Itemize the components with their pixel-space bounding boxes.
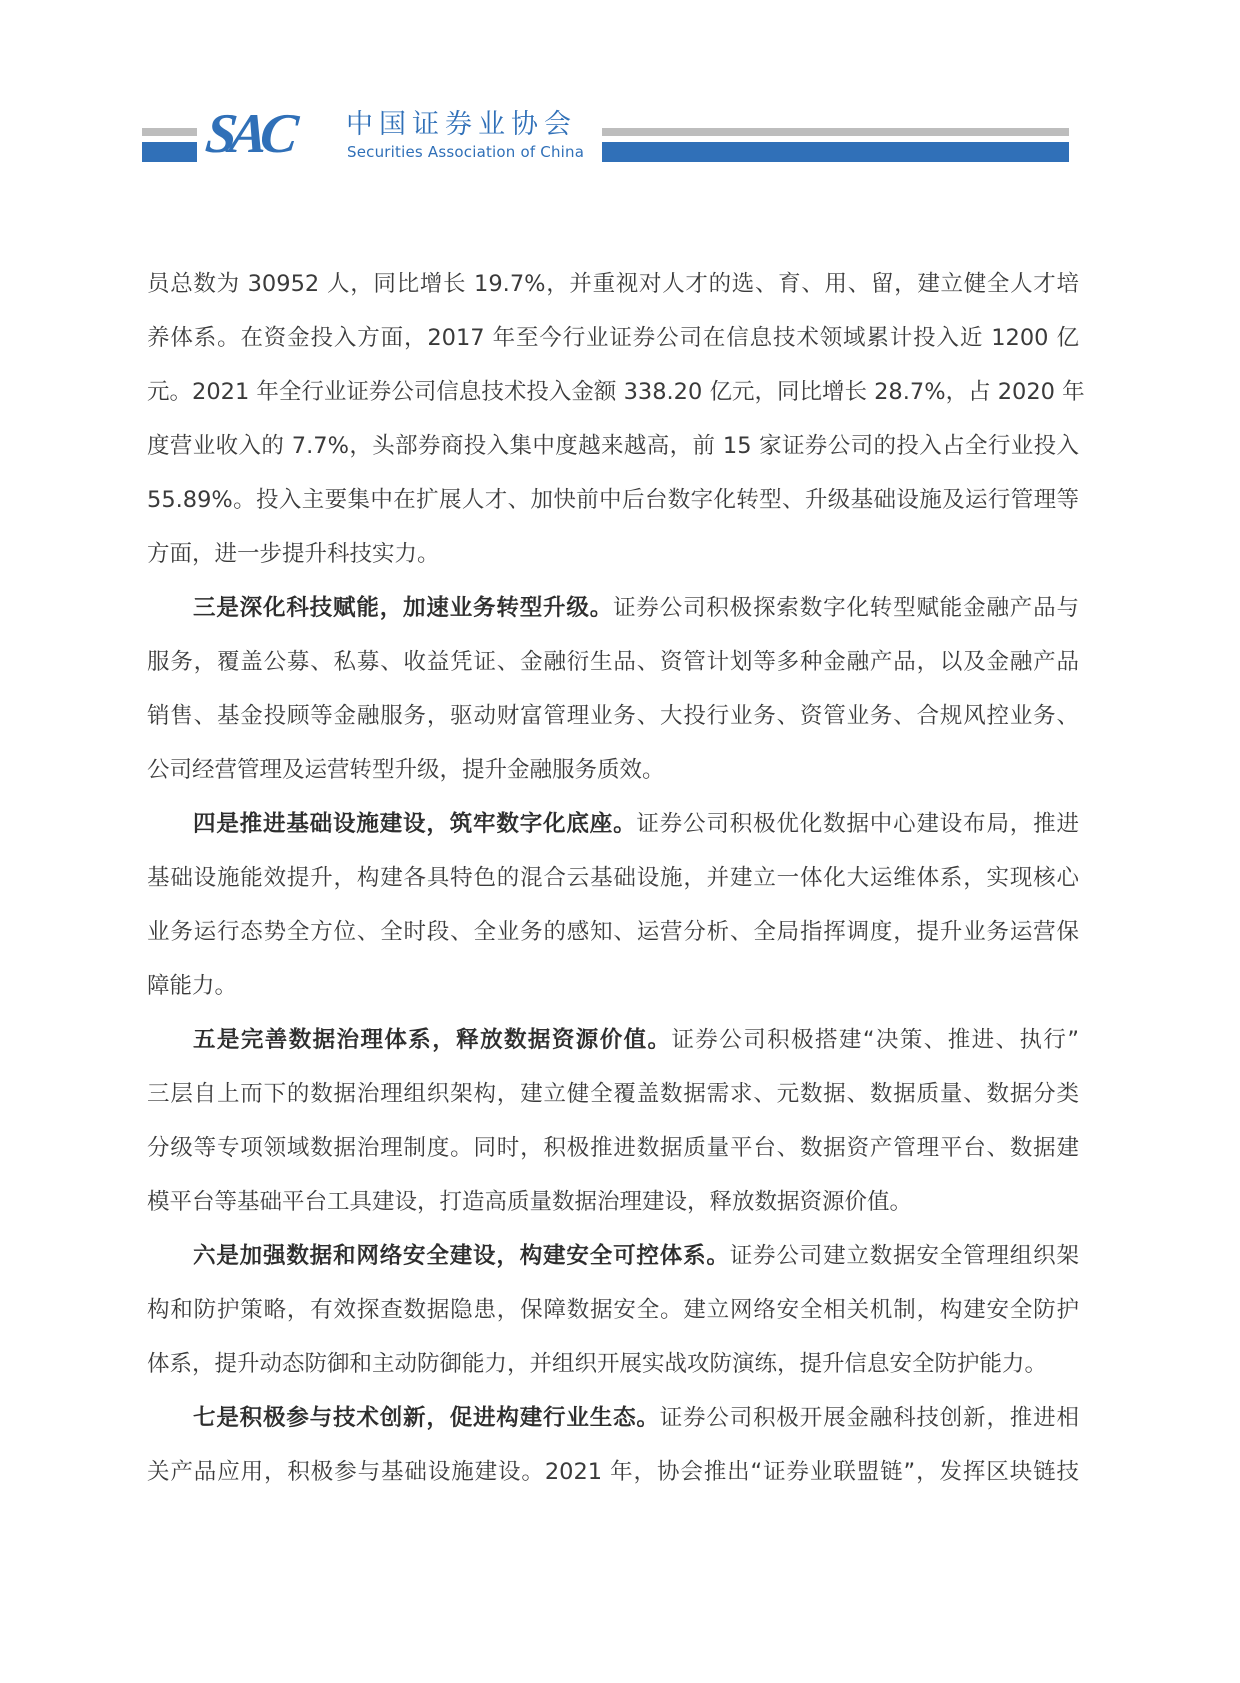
- paragraph-point-five: 五是完善数据治理体系，释放数据资源价值。证券公司积极搭建“决策、推进、执行” 三…: [147, 1018, 1079, 1234]
- paragraph-lead-heading: 七是积极参与技术创新，促进构建行业生态。: [193, 1405, 660, 1431]
- paragraph-point-seven: 七是积极参与技术创新，促进构建行业生态。证券公司积极开展金融科技创新，推进相 关…: [147, 1396, 1079, 1504]
- text-line: 员总数为 30952 人，同比增长 19.7%，并重视对人才的选、育、用、留，建…: [147, 262, 1079, 316]
- gray-stripe: [602, 128, 1069, 136]
- paragraph-text: 证券公司积极搭建“决策、推进、执行”: [671, 1027, 1079, 1053]
- paragraph-lead-heading: 三是深化科技赋能，加速业务转型升级。: [193, 595, 613, 621]
- header-band-right: [602, 128, 1069, 162]
- paragraph-first-line: 三是深化科技赋能，加速业务转型升级。证券公司积极探索数字化转型赋能金融产品与: [147, 586, 1079, 640]
- text-line: 体系，提升动态防御和主动防御能力，并组织开展实战攻防演练，提升信息安全防护能力。: [147, 1342, 1079, 1396]
- document-body: 员总数为 30952 人，同比增长 19.7%，并重视对人才的选、育、用、留，建…: [147, 262, 1079, 1504]
- paragraph-first-line: 四是推进基础设施建设，筑牢数字化底座。证券公司积极优化数据中心建设布局，推进: [147, 802, 1079, 856]
- header-band-left: [142, 128, 197, 162]
- text-line: 养体系。在资金投入方面，2017 年至今行业证券公司在信息技术领域累计投入近 1…: [147, 316, 1079, 370]
- text-line: 度营业收入的 7.7%，头部券商投入集中度越来越高，前 15 家证券公司的投入占…: [147, 424, 1079, 478]
- paragraph-first-line: 七是积极参与技术创新，促进构建行业生态。证券公司积极开展金融科技创新，推进相: [147, 1396, 1079, 1450]
- blue-stripe: [602, 142, 1069, 162]
- text-line: 方面，进一步提升科技实力。: [147, 532, 1079, 586]
- org-name-english: Securities Association of China: [347, 144, 584, 161]
- text-line: 销售、基金投顾等金融服务，驱动财富管理业务、大投行业务、资管业务、合规风控业务、: [147, 694, 1079, 748]
- document-header: SAC 中国证券业协会 Securities Association of Ch…: [0, 0, 1240, 200]
- paragraph-first-line: 六是加强数据和网络安全建设，构建安全可控体系。证券公司建立数据安全管理组织架: [147, 1234, 1079, 1288]
- text-line: 基础设施能效提升，构建各具特色的混合云基础设施，并建立一体化大运维体系，实现核心: [147, 856, 1079, 910]
- text-line: 关产品应用，积极参与基础设施建设。2021 年，协会推出“证券业联盟链”，发挥区…: [147, 1450, 1079, 1504]
- paragraph-lead-heading: 五是完善数据治理体系，释放数据资源价值。: [193, 1027, 671, 1053]
- text-line: 公司经营管理及运营转型升级，提升金融服务质效。: [147, 748, 1079, 802]
- paragraph-first-line: 五是完善数据治理体系，释放数据资源价值。证券公司积极搭建“决策、推进、执行”: [147, 1018, 1079, 1072]
- org-name-chinese: 中国证券业协会: [346, 110, 596, 140]
- text-line: 元。2021 年全行业证券公司信息技术投入金额 338.20 亿元，同比增长 2…: [147, 370, 1079, 424]
- paragraph-text: 证券公司积极优化数据中心建设布局，推进: [636, 811, 1079, 837]
- gray-stripe: [142, 128, 197, 136]
- text-line: 服务，覆盖公募、私募、收益凭证、金融衍生品、资管计划等多种金融产品，以及金融产品: [147, 640, 1079, 694]
- paragraph-text: 证券公司积极开展金融科技创新，推进相: [660, 1405, 1079, 1431]
- text-line: 分级等专项领域数据治理制度。同时，积极推进数据质量平台、数据资产管理平台、数据建: [147, 1126, 1079, 1180]
- paragraph-text: 证券公司积极探索数字化转型赋能金融产品与: [613, 595, 1079, 621]
- paragraph-lead-heading: 四是推进基础设施建设，筑牢数字化底座。: [193, 811, 636, 837]
- text-line: 业务运行态势全方位、全时段、全业务的感知、运营分析、全局指挥调度，提升业务运营保: [147, 910, 1079, 964]
- text-line: 构和防护策略，有效探查数据隐患，保障数据安全。建立网络安全相关机制，构建安全防护: [147, 1288, 1079, 1342]
- paragraph-point-four: 四是推进基础设施建设，筑牢数字化底座。证券公司积极优化数据中心建设布局，推进 基…: [147, 802, 1079, 1018]
- paragraph-point-three: 三是深化科技赋能，加速业务转型升级。证券公司积极探索数字化转型赋能金融产品与 服…: [147, 586, 1079, 802]
- paragraph-lead-heading: 六是加强数据和网络安全建设，构建安全可控体系。: [193, 1243, 730, 1269]
- sac-logo-mark: SAC: [203, 104, 313, 164]
- text-line: 模平台等基础平台工具建设，打造高质量数据治理建设，释放数据资源价值。: [147, 1180, 1079, 1234]
- blue-stripe: [142, 142, 197, 162]
- text-line: 障能力。: [147, 964, 1079, 1018]
- paragraph-point-six: 六是加强数据和网络安全建设，构建安全可控体系。证券公司建立数据安全管理组织架 构…: [147, 1234, 1079, 1396]
- paragraph-talent-investment: 员总数为 30952 人，同比增长 19.7%，并重视对人才的选、育、用、留，建…: [147, 262, 1079, 586]
- text-line: 三层自上而下的数据治理组织架构，建立健全覆盖数据需求、元数据、数据质量、数据分类: [147, 1072, 1079, 1126]
- paragraph-text: 证券公司建立数据安全管理组织架: [730, 1243, 1079, 1269]
- text-line: 55.89%。投入主要集中在扩展人才、加快前中后台数字化转型、升级基础设施及运行…: [147, 478, 1079, 532]
